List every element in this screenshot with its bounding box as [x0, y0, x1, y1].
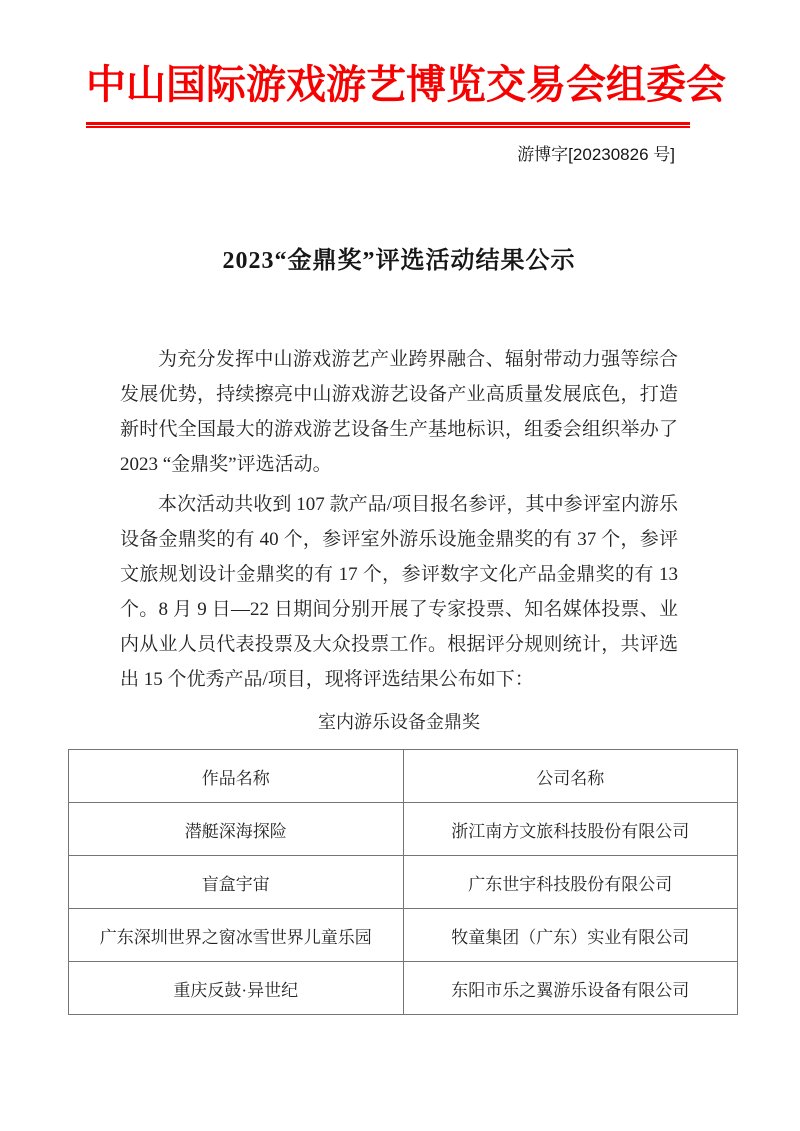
- body-paragraph-1: 为充分发挥中山游戏游艺产业跨界融合、辐射带动力强等综合发展优势，持续擦亮中山游戏…: [120, 342, 678, 482]
- body-paragraph-2: 本次活动共收到 107 款产品/项目报名参评，其中参评室内游乐设备金鼎奖的有 4…: [120, 487, 678, 697]
- document-page: 中山国际游戏游艺博览交易会组委会 游博字[20230826 号] 2023“金鼎…: [0, 0, 800, 1131]
- table-header-row: 作品名称 公司名称: [69, 750, 738, 803]
- table-caption: 室内游乐设备金鼎奖: [120, 707, 678, 737]
- letterhead-divider-rule: [86, 122, 690, 128]
- document-number: 游博字[20230826 号]: [0, 144, 675, 166]
- table-row: 广东深圳世界之窗冰雪世界儿童乐园 牧童集团（广东）实业有限公司: [69, 909, 738, 962]
- company-name-cell: 广东世宇科技股份有限公司: [403, 856, 738, 909]
- work-name-cell: 潜艇深海探险: [69, 803, 404, 856]
- column-header-company-name: 公司名称: [403, 750, 738, 803]
- award-results-table: 作品名称 公司名称 潜艇深海探险 浙江南方文旅科技股份有限公司 盲盒宇宙 广东世…: [68, 749, 738, 1015]
- work-name-cell: 盲盒宇宙: [69, 856, 404, 909]
- letterhead-org-name: 中山国际游戏游艺博览交易会组委会: [86, 60, 690, 110]
- table-row: 盲盒宇宙 广东世宇科技股份有限公司: [69, 856, 738, 909]
- company-name-cell: 东阳市乐之翼游乐设备有限公司: [403, 962, 738, 1015]
- table-row: 重庆反鼓·异世纪 东阳市乐之翼游乐设备有限公司: [69, 962, 738, 1015]
- document-title: 2023“金鼎奖”评选活动结果公示: [120, 246, 678, 276]
- column-header-work-name: 作品名称: [69, 750, 404, 803]
- body-text: 为充分发挥中山游戏游艺产业跨界融合、辐射带动力强等综合发展优势，持续擦亮中山游戏…: [120, 342, 678, 697]
- company-name-cell: 牧童集团（广东）实业有限公司: [403, 909, 738, 962]
- work-name-cell: 广东深圳世界之窗冰雪世界儿童乐园: [69, 909, 404, 962]
- company-name-cell: 浙江南方文旅科技股份有限公司: [403, 803, 738, 856]
- table-row: 潜艇深海探险 浙江南方文旅科技股份有限公司: [69, 803, 738, 856]
- work-name-cell: 重庆反鼓·异世纪: [69, 962, 404, 1015]
